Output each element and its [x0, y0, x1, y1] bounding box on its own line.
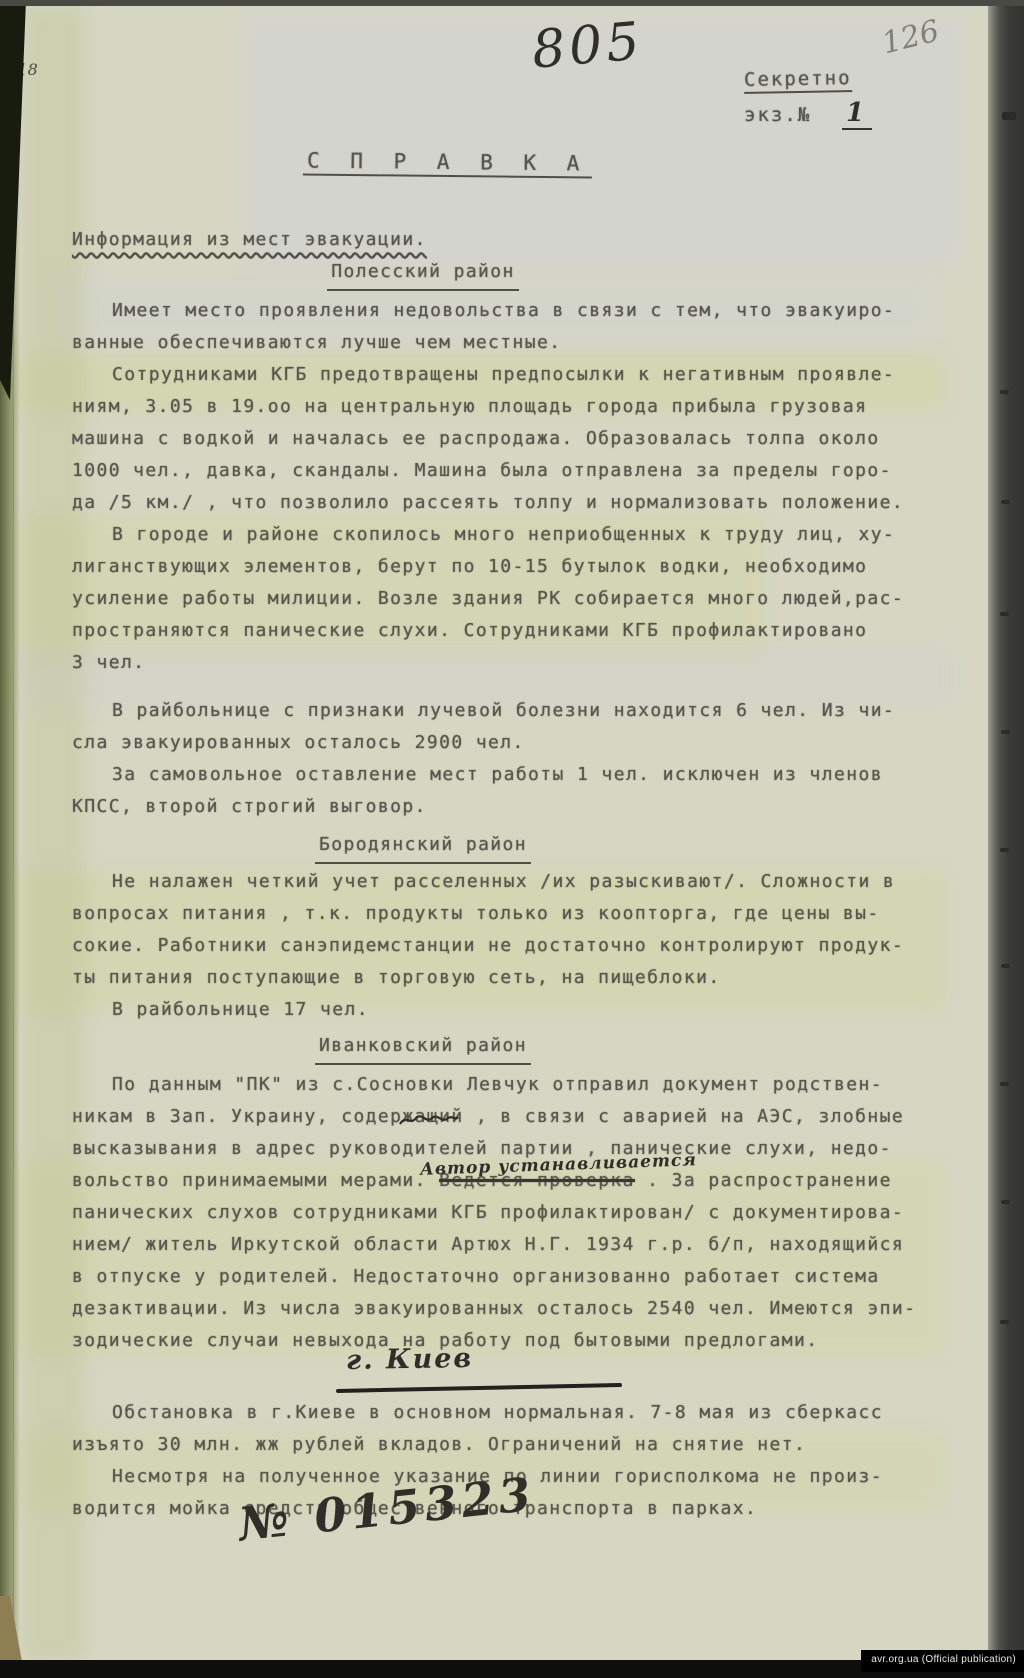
classification-stamp: Секретно: [744, 67, 852, 91]
scan-edge-top: [0, 0, 1024, 6]
paragraph: За самовольное оставление мест работы 1 …: [72, 759, 944, 823]
document-title-row: С П Р А В К А: [72, 150, 944, 177]
paragraph: В райбольнице 17 чел.: [72, 994, 944, 1026]
paragraph: Обстановка в г.Киеве в основном нормальн…: [72, 1397, 944, 1461]
paragraph: панических слухов сотрудниками КГБ профи…: [72, 1197, 944, 1357]
paragraph: Не налажен четкий учет расселенных /их р…: [72, 866, 944, 994]
paragraph: В городе и районе скопилось много неприо…: [72, 519, 944, 679]
handwritten-insertion-mark: [398, 1112, 460, 1128]
subject-line: Информация из мест эвакуации.: [72, 224, 944, 256]
watermark: avr.org.ua (Official publication): [861, 1650, 1024, 1672]
paragraph: Сотрудниками КГБ предотвращены предпосыл…: [72, 359, 944, 519]
handwritten-page-number: 805: [530, 11, 646, 80]
scanned-document: -18 805 126 Секретно экз.№ 1 С П Р А В К…: [0, 0, 1024, 1678]
document-body: Информация из мест эвакуации. Полесский …: [72, 224, 944, 1525]
section-heading-polessky: Полесский район: [72, 256, 774, 291]
binding-mark: [1000, 1082, 1009, 1086]
copy-label: экз.№: [744, 104, 811, 126]
binding-mark: [1000, 1320, 1009, 1324]
binding-mark: [1001, 730, 1010, 734]
paragraph: Имеет место проявления недовольства в св…: [72, 295, 944, 359]
binding-mark: [1001, 500, 1010, 504]
binding-mark: [1001, 1200, 1010, 1204]
document-title: С П Р А В К А: [303, 148, 593, 178]
binding-mark: [1000, 848, 1009, 852]
binding-mark: [1002, 112, 1016, 120]
subject-text: Информация из мест эвакуации.: [72, 229, 427, 250]
scan-edge-right: [988, 0, 1024, 1678]
binding-mark: [1000, 612, 1009, 616]
copy-number: 1: [842, 98, 872, 130]
section-heading-borodyansky: Бородянский район: [72, 829, 774, 864]
classification-label: Секретно: [744, 67, 852, 94]
copy-line: экз.№: [744, 104, 811, 126]
paragraph: В райбольнице с признаки лучевой болезни…: [72, 695, 944, 759]
line-pre: вольство принимаемыми мерами.: [72, 1170, 439, 1191]
section-heading-ivankovsky: Иванковский район: [72, 1030, 774, 1065]
section-heading-kiev: г. Киев: [346, 1343, 474, 1376]
binding-mark: [1001, 964, 1010, 968]
binding-mark: [1000, 390, 1009, 394]
line-post: . За распространение: [635, 1170, 892, 1191]
paragraph: По данным "ПК" из с.Сосновки Левчук отпр…: [72, 1069, 944, 1165]
